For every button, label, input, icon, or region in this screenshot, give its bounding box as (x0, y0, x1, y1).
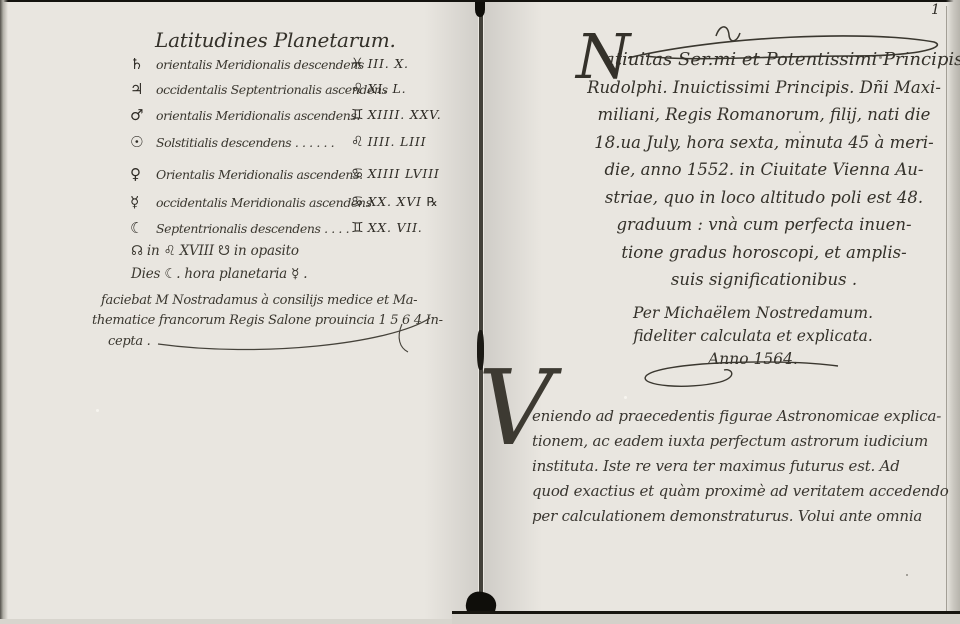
paragraph-line: tionem, ac eadem iuxta perfectum astroru… (532, 429, 950, 454)
cancer-icon: ♋ (351, 194, 364, 210)
paper-speck (624, 396, 627, 399)
latitude-row-saturn: ♄ orientalis Meridionalis descendens ♓II… (130, 55, 460, 77)
latitude-numerals: XX. VII. (368, 220, 423, 235)
page-edge-left (0, 0, 8, 624)
manuscript-photo: Latitudines Planetarum. ♄ orientalis Mer… (0, 0, 960, 624)
mars-icon: ♂ (130, 106, 143, 124)
left-page-heading: Latitudines Planetarum. (155, 28, 396, 52)
latitude-row-venus: ♀ Orientalis Meridionalis ascendens. ♋XI… (130, 165, 460, 187)
mercury-icon: ☿ (130, 193, 139, 211)
sun-icon: ☉ (130, 133, 143, 151)
latitude-value: ♓III. X. (351, 56, 409, 72)
latitude-value: ♌XI. L. (351, 81, 406, 97)
pisces-icon: ♓ (351, 56, 364, 72)
paper-speck (96, 409, 99, 412)
latitude-numerals: XIIII. XXV. (368, 107, 442, 122)
latitude-row-mars: ♂ orientalis Meridionalis ascendens. ♊XI… (130, 106, 460, 128)
latitude-row-sun: ☉ Solstitialis descendens . . . . . . ♌I… (130, 133, 460, 155)
latitude-value: ♌IIII. LIII (351, 134, 426, 150)
latitude-text: Orientalis Meridionalis ascendens. (156, 167, 363, 182)
leo-icon: ♌ (351, 81, 364, 97)
paragraph-line: quod exactius et quàm proximè ad veritat… (532, 479, 950, 504)
nativity-title-block: atiuitas Ser.mi et Potentissimi Principi… (578, 46, 950, 294)
latitude-numerals: IIII. LIII (368, 134, 427, 149)
latitude-value: ♊XIIII. XXV. (351, 107, 442, 123)
latitude-numerals: XIIII LVIII (368, 166, 440, 181)
folio-number: 1 (931, 2, 940, 18)
gutter-ink-blob-top (475, 0, 485, 17)
attribution-line: fideliter calculata et explicata. (578, 325, 928, 348)
gemini-icon: ♊ (351, 107, 364, 123)
latitude-text: orientalis Meridionalis descendens (156, 57, 364, 72)
planetary-day-line: Dies ☾. hora planetaria ☿ . (131, 266, 307, 282)
paragraph-line: per calculationem demonstraturus. Volui … (532, 504, 950, 529)
gutter-shadow-right (484, 0, 542, 624)
title-line: Rudolphi. Inuictissimi Principis. Dñi Ma… (578, 74, 950, 102)
latitude-text: Septentrionalis descendens . . . . (156, 221, 349, 236)
saturn-icon: ♄ (130, 55, 143, 73)
colophon-line: cepta . (108, 334, 150, 349)
title-line: tione gradus horoscopi, et amplis- (578, 239, 950, 267)
latitude-text: Solstitialis descendens . . . . . . (156, 135, 334, 150)
latitude-row-mercury: ☿ occidentalis Meridionalis ascendens ♋X… (130, 193, 460, 215)
latitude-value: ♋XX. XVI ℞ (351, 194, 439, 210)
attribution-line: Per Michaëlem Nostredamum. (578, 302, 928, 325)
gemini-icon: ♊ (351, 220, 364, 236)
title-line: die, anno 1552. in Ciuitate Vienna Au- (578, 156, 950, 184)
latitude-numerals: XX. XVI ℞ (368, 194, 439, 209)
leo-icon: ♌ (351, 134, 364, 150)
latitude-text: occidentalis Meridionalis ascendens (156, 195, 372, 210)
page-band-bottom-right (452, 614, 960, 624)
latitude-value: ♋XIIII LVIII (351, 166, 440, 182)
moon-icon: ☾ (130, 219, 143, 237)
colophon-line: thematice francorum Regis Salone prouinc… (92, 313, 443, 328)
latitude-row-jupiter: ♃ occidentalis Septentrionalis ascendens… (130, 80, 460, 102)
title-line: graduum : vnà cum perfecta inuen- (578, 211, 950, 239)
latitude-numerals: XI. L. (368, 81, 407, 96)
title-line: suis significationibus . (578, 266, 950, 294)
latitude-row-moon: ☾ Septentrionalis descendens . . . . ♊XX… (130, 219, 460, 241)
paragraph-line: eniendo ad praecedentis figurae Astronom… (532, 404, 950, 429)
jupiter-icon: ♃ (130, 80, 143, 98)
colophon-line: faciebat M Nostradamus à consilijs medic… (101, 293, 417, 308)
page-band-bottom-left (0, 619, 452, 624)
title-line: atiuitas Ser.mi et Potentissimi Principi… (578, 46, 950, 74)
attribution-block: Per Michaëlem Nostredamum. fideliter cal… (578, 302, 928, 371)
title-line: miliani, Regis Romanorum, filij, nati di… (578, 101, 950, 129)
explication-paragraph: eniendo ad praecedentis figurae Astronom… (532, 404, 950, 529)
venus-icon: ♀ (130, 165, 141, 183)
photo-edge-top (0, 0, 960, 2)
paragraph-line: instituta. Iste re vera ter maximus futu… (532, 454, 950, 479)
title-line: striae, quo in loco altitudo poli est 48… (578, 184, 950, 212)
lunar-nodes-line: ☊ in ♌ XVIII ☋ in opasito (131, 243, 299, 259)
paper-speck (906, 574, 908, 576)
attribution-line: Anno 1564. (578, 348, 928, 371)
title-line: 18.ua July, hora sexta, minuta 45 à meri… (578, 129, 950, 157)
latitude-value: ♊XX. VII. (351, 220, 423, 236)
latitude-numerals: III. X. (368, 56, 409, 71)
book-gutter (479, 0, 483, 624)
latitude-text: orientalis Meridionalis ascendens. (156, 108, 360, 123)
cancer-icon: ♋ (351, 166, 364, 182)
